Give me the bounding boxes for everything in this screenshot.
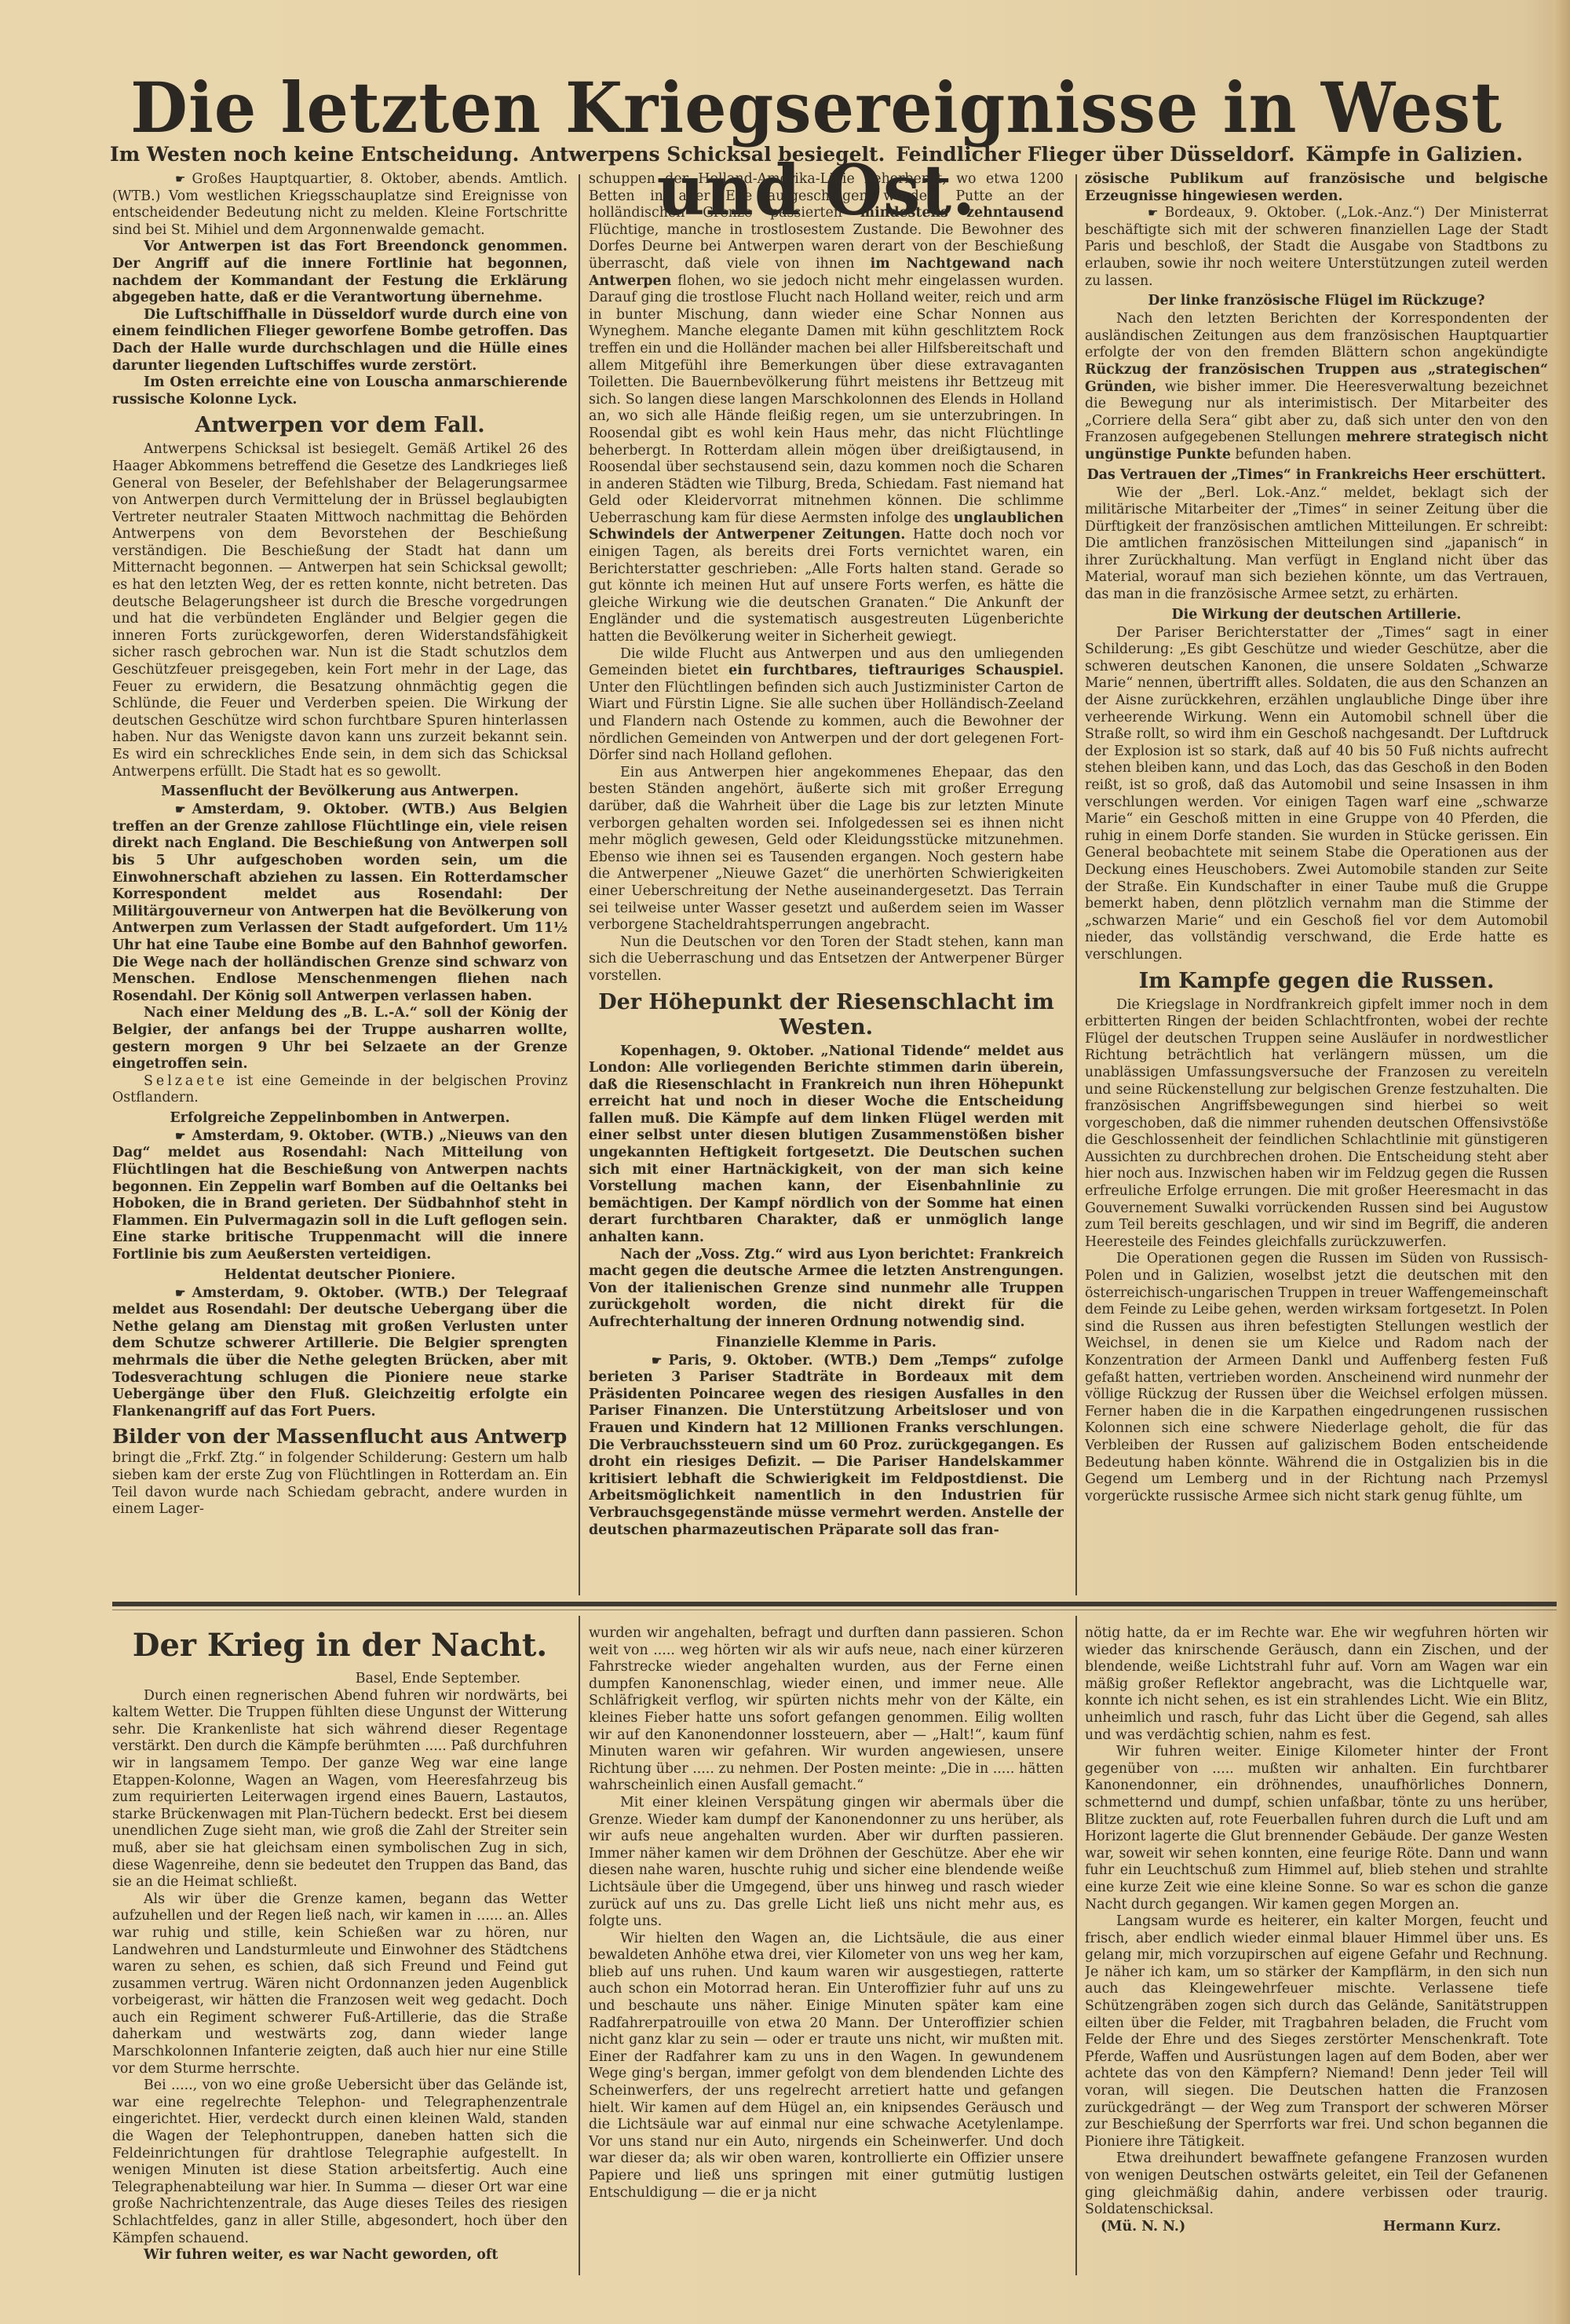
section-heading: Bilder von der Massenflucht aus Antwerpe…	[112, 1423, 568, 1450]
article-paragraph: Durch einen regnerischen Abend fuhren wi…	[112, 1688, 568, 1891]
article-paragraph: Antwerpens Schicksal ist besiegelt. Gemä…	[112, 441, 568, 780]
article-paragraph: ☛Amsterdam, 9. Oktober. (WTB.) Aus Belgi…	[112, 802, 568, 1005]
article-paragraph: schuppen der Holland-Amerika-Linie beher…	[589, 171, 1064, 646]
article-paragraph: Im Osten erreichte eine von Louscha anma…	[112, 375, 568, 408]
article-paragraph: Wir fuhren weiter, es war Nacht geworden…	[112, 2247, 568, 2264]
column-3: zösische Publikum auf französische und b…	[1085, 171, 1548, 1596]
section-heading: Das Vertrauen der „Times“ in Frankreichs…	[1085, 467, 1548, 484]
article-paragraph: ☛Bordeaux, 9. Oktober. („Lok.-Anz.“) Der…	[1085, 205, 1548, 290]
article-paragraph: Vor Antwerpen ist das Fort Breendonck ge…	[112, 239, 568, 306]
pointing-hand-icon: ☛	[144, 802, 185, 819]
article-paragraph: ☛Großes Hauptquartier, 8. Oktober, abend…	[112, 171, 568, 239]
pointing-hand-icon: ☛	[144, 171, 185, 188]
article-paragraph: Die Operationen gegen die Russen im Süde…	[1085, 1251, 1548, 1505]
column-rule	[579, 1616, 580, 2275]
section-heading: Der Höhepunkt der Riesenschlacht im West…	[589, 990, 1064, 1040]
section-divider	[112, 1602, 1557, 1606]
section-heading: Der linke französische Flügel im Rückzug…	[1085, 293, 1548, 309]
article-paragraph: wurden wir angehalten, befragt und durft…	[589, 1625, 1064, 1795]
section-heading: Erfolgreiche Zeppelinbomben in Antwerpen…	[112, 1110, 568, 1127]
article-paragraph: Nach einer Meldung des „B. L.-A.“ soll d…	[112, 1005, 568, 1072]
bottom-column-2: wurden wir angehalten, befragt und durft…	[589, 1625, 1064, 2293]
article-paragraph: Wir hielten den Wagen an, die Lichtsäule…	[589, 1931, 1064, 2202]
article-paragraph: Langsam wurde es heiterer, ein kalter Mo…	[1085, 1913, 1548, 2150]
section-heading: Massenflucht der Bevölkerung aus Antwerp…	[112, 784, 568, 800]
subheadline: Kämpfe in Galizien.	[1305, 143, 1523, 166]
article-paragraph: ☛Amsterdam, 9. Oktober. (WTB.) „Nieuws v…	[112, 1128, 568, 1264]
article-paragraph: zösische Publikum auf französische und b…	[1085, 171, 1548, 205]
bottom-column-1: Der Krieg in der Nacht. Basel, Ende Sept…	[112, 1619, 568, 2294]
article-paragraph: nötig hatte, da er im Rechte war. Ehe wi…	[1085, 1625, 1548, 1744]
article-paragraph: Als wir über die Grenze kamen, begann da…	[112, 1891, 568, 2078]
article-paragraph: Die wilde Flucht aus Antwerpen und aus d…	[589, 646, 1064, 765]
section-heading: Antwerpen vor dem Fall.	[112, 413, 568, 438]
column-rule	[1075, 1616, 1077, 2275]
column-rule	[1075, 174, 1077, 1595]
pointing-hand-icon: ☛	[144, 1285, 185, 1303]
article-paragraph: Kopenhagen, 9. Oktober. „National Tidend…	[589, 1043, 1064, 1247]
column-2: schuppen der Holland-Amerika-Linie beher…	[589, 171, 1064, 1596]
source-credit: (Mü. N. N.)	[1101, 2219, 1185, 2236]
article-paragraph: Selzaete ist eine Gemeinde in der belgis…	[112, 1073, 568, 1107]
author-name: Hermann Kurz.	[1383, 2219, 1501, 2236]
section-heading: Im Kampfe gegen die Russen.	[1085, 969, 1548, 994]
article-paragraph: Der Pariser Berichterstatter der „Times“…	[1085, 625, 1548, 964]
subheadline: Feindlicher Flieger über Düsseldorf.	[896, 143, 1294, 166]
section-heading: Finanzielle Klemme in Paris.	[589, 1335, 1064, 1351]
article-paragraph: Nun die Deutschen vor den Toren der Stad…	[589, 934, 1064, 985]
subheadline: Antwerpens Schicksal besiegelt.	[530, 143, 885, 166]
article-paragraph: Die Luftschiffhalle in Düsseldorf wurde …	[112, 307, 568, 375]
article-paragraph: Etwa dreihundert bewaffnete gefangene Fr…	[1085, 2150, 1548, 2218]
dateline: Basel, Ende September.	[112, 1671, 568, 1688]
pointing-hand-icon: ☛	[144, 1128, 185, 1146]
article-paragraph: Wir fuhren weiter. Einige Kilometer hint…	[1085, 1744, 1548, 1913]
pointing-hand-icon: ☛	[620, 1353, 662, 1370]
section-divider	[112, 1610, 1557, 1610]
section-heading: Heldentat deutscher Pioniere.	[112, 1267, 568, 1284]
article-paragraph: Wie der „Berl. Lok.-Anz.“ meldet, beklag…	[1085, 485, 1548, 604]
article-paragraph: ☛Paris, 9. Oktober. (WTB.) Dem „Temps“ z…	[589, 1353, 1064, 1540]
column-1: ☛Großes Hauptquartier, 8. Oktober, abend…	[112, 171, 568, 1596]
pointing-hand-icon: ☛	[1116, 205, 1158, 222]
article-paragraph: Mit einer kleinen Verspätung gingen wir …	[589, 1795, 1064, 1931]
article-paragraph: bringt die „Frkf. Ztg.“ in folgender Sch…	[112, 1450, 568, 1518]
article-title: Der Krieg in der Nacht.	[112, 1624, 568, 1668]
article-paragraph: Bei ....., von wo eine große Uebersicht …	[112, 2077, 568, 2247]
article-paragraph: Nach den letzten Berichten der Korrespon…	[1085, 311, 1548, 463]
column-rule	[579, 174, 580, 1595]
article-paragraph: Die Kriegslage in Nordfrankreich gipfelt…	[1085, 997, 1548, 1252]
page-edge	[1553, 0, 1570, 2324]
article-paragraph: Ein aus Antwerpen hier angekommenes Ehep…	[589, 765, 1064, 934]
subheadline-bar: Im Westen noch keine Entscheidung. Antwe…	[110, 143, 1523, 166]
article-paragraph: Nach der „Voss. Ztg.“ wird aus Lyon beri…	[589, 1247, 1064, 1332]
subheadline: Im Westen noch keine Entscheidung.	[110, 143, 519, 166]
bottom-column-3: nötig hatte, da er im Rechte war. Ehe wi…	[1085, 1625, 1548, 2300]
article-paragraph: ☛Amsterdam, 9. Oktober. (WTB.) Der Teleg…	[112, 1285, 568, 1421]
byline: (Mü. N. N.) Hermann Kurz.	[1085, 2219, 1548, 2236]
section-heading: Die Wirkung der deutschen Artillerie.	[1085, 607, 1548, 623]
